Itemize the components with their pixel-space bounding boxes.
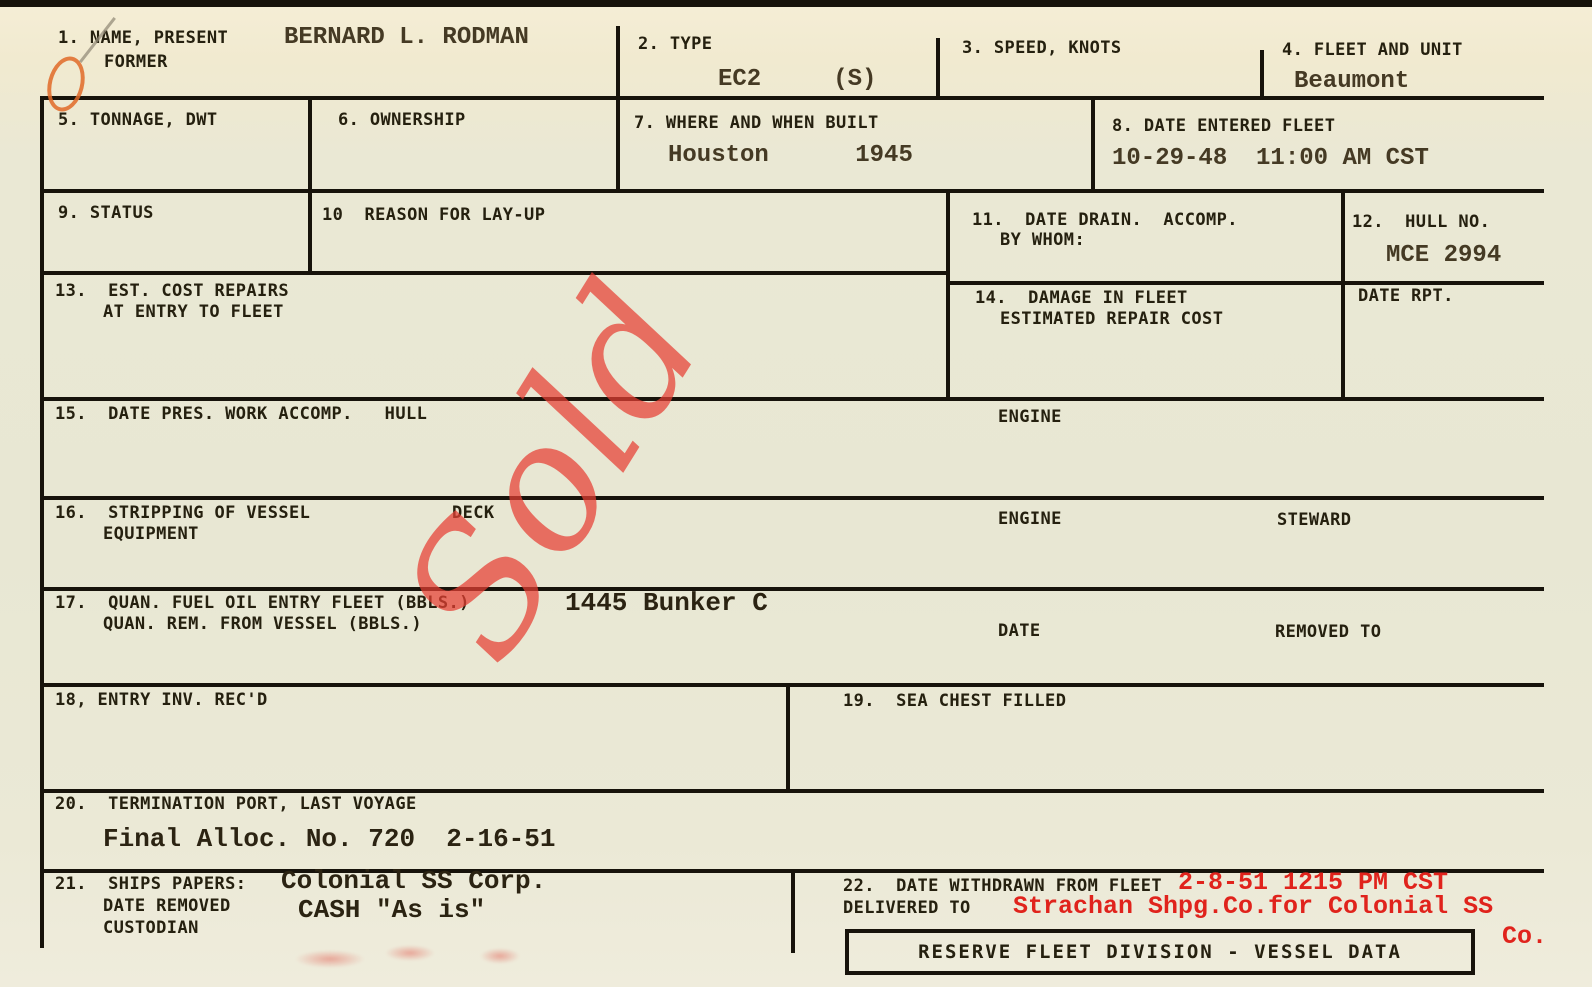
field17-removed-to-label: REMOVED TO	[1275, 622, 1381, 642]
field20-value: Final Alloc. No. 720 2-16-51	[103, 824, 555, 854]
field2-value: EC2 (S)	[718, 66, 876, 93]
field19-label: 19. SEA CHEST FILLED	[843, 691, 1066, 711]
divider-f6-f7	[616, 96, 620, 191]
field3-label: 3. SPEED, KNOTS	[962, 38, 1122, 58]
rule-under-row7	[40, 683, 1544, 687]
rule-under-row5	[40, 496, 1544, 500]
field11-label: 11. DATE DRAIN. ACCOMP.	[972, 210, 1238, 230]
field9-label: 9. STATUS	[58, 203, 154, 223]
field8-value: 10-29-48 11:00 AM CST	[1112, 145, 1429, 172]
field6-label: 6. OWNERSHIP	[338, 110, 466, 130]
faint-red-stamp	[480, 948, 520, 964]
field16-label2: EQUIPMENT	[103, 524, 199, 544]
field1-value: BERNARD L. RODMAN	[284, 24, 529, 51]
field21-value2: CASH "As is"	[298, 895, 485, 925]
field16-engine-label: ENGINE	[998, 509, 1062, 529]
field14-label: 14. DAMAGE IN FLEET	[975, 288, 1188, 308]
rule-under-row1	[40, 96, 1544, 100]
divider-f11-f12	[1341, 189, 1345, 399]
field7-value: Houston 1945	[668, 142, 913, 169]
rule-under-row4	[40, 397, 1544, 401]
footer-title-box: RESERVE FLEET DIVISION - VESSEL DATA	[845, 929, 1475, 975]
field17-value: 1445 Bunker C	[565, 588, 768, 618]
field21-label2: DATE REMOVED	[103, 896, 231, 916]
sold-handwriting: Sold	[395, 235, 955, 745]
field22-label2: DELIVERED TO	[843, 898, 971, 918]
field13-label2: AT ENTRY TO FLEET	[103, 302, 284, 322]
field21-label: 21. SHIPS PAPERS:	[55, 874, 246, 894]
field2-label: 2. TYPE	[638, 34, 712, 54]
field13-label: 13. EST. COST REPAIRS	[55, 281, 289, 301]
faint-red-stamp	[295, 950, 365, 968]
field5-label: 5. TONNAGE, DWT	[58, 110, 218, 130]
field17-label: 17. QUAN. FUEL OIL ENTRY FLEET (BBLS.)	[55, 593, 470, 613]
card-left-border	[40, 96, 44, 948]
divider-f10-f11	[946, 189, 950, 399]
field22-delivered-value: Strachan Shpg.Co.for Colonial SS	[1013, 892, 1493, 921]
rule-under-row2	[40, 189, 1544, 193]
rule-under-row3-right	[948, 281, 1544, 285]
field1-label2: FORMER	[104, 52, 168, 72]
divider-f1-f2	[616, 26, 620, 98]
field21-label3: CUSTODIAN	[103, 918, 199, 938]
field16-label: 16. STRIPPING OF VESSEL	[55, 503, 310, 523]
field17-label2: QUAN. REM. FROM VESSEL (BBLS.)	[103, 614, 422, 634]
field12-label: 12. HULL NO.	[1352, 212, 1490, 232]
divider-f7-f8	[1091, 96, 1095, 191]
field15-label: 15. DATE PRES. WORK ACCOMP. HULL	[55, 404, 427, 424]
field17-date-label: DATE	[998, 621, 1041, 641]
divider-f18-f19	[786, 683, 790, 791]
rule-under-row6	[40, 587, 1544, 591]
field16-deck-label: DECK	[452, 503, 495, 523]
field16-steward-label: STEWARD	[1277, 510, 1351, 530]
field1-label: 1. NAME, PRESENT	[58, 28, 228, 48]
rule-under-row3-left	[40, 271, 948, 275]
divider-f9-f10	[308, 189, 312, 273]
field14-label2: ESTIMATED REPAIR COST	[1000, 309, 1223, 329]
field7-label: 7. WHERE AND WHEN BUILT	[634, 113, 879, 133]
divider-f3-f4	[1260, 50, 1264, 98]
field12-value: MCE 2994	[1386, 242, 1501, 269]
rule-under-row8	[40, 789, 1544, 793]
field20-label: 20. TERMINATION PORT, LAST VOYAGE	[55, 794, 417, 814]
vessel-data-card: 1. NAME, PRESENT FORMER BERNARD L. RODMA…	[0, 0, 1592, 987]
svg-text:Sold: Sold	[395, 251, 744, 692]
faint-red-stamp	[385, 945, 435, 961]
field21-value1: Colonial SS Corp.	[281, 866, 546, 896]
footer-title: RESERVE FLEET DIVISION - VESSEL DATA	[918, 941, 1402, 963]
date-rpt-label: DATE RPT.	[1358, 286, 1454, 306]
field15-engine-label: ENGINE	[998, 407, 1062, 427]
divider-f21-f22	[791, 869, 795, 953]
divider-f2-f3	[936, 38, 940, 98]
field4-value: Beaumont	[1294, 68, 1409, 95]
divider-f5-f6	[308, 96, 312, 191]
field8-label: 8. DATE ENTERED FLEET	[1112, 116, 1335, 136]
field11-label2: BY WHOM:	[1000, 230, 1085, 250]
scan-top-edge	[0, 0, 1592, 7]
field22-delivered-value2: Co.	[1502, 922, 1547, 951]
field18-label: 18, ENTRY INV. REC'D	[55, 690, 268, 710]
field4-label: 4. FLEET AND UNIT	[1282, 40, 1463, 60]
orange-oval-mark	[42, 52, 90, 115]
field10-label: 10 REASON FOR LAY-UP	[322, 205, 545, 225]
